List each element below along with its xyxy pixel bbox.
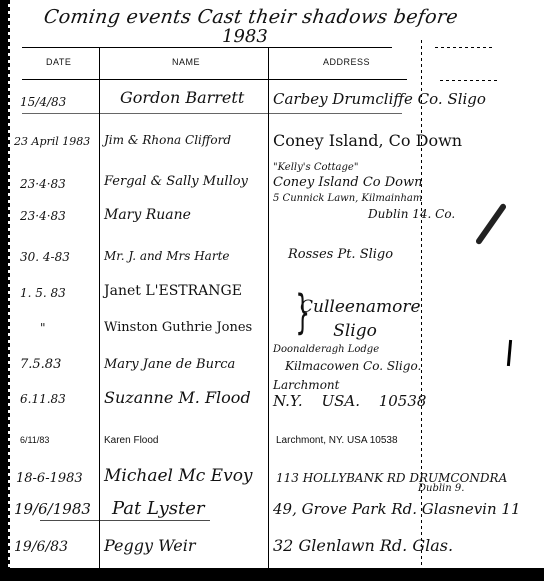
row-date: 19/6/1983	[14, 502, 91, 517]
column-header-address: ADDRESS	[323, 57, 370, 67]
row-date: "	[40, 322, 46, 334]
row-address: 113 HOLLYBANK RD DRUMCONDRA	[276, 472, 507, 484]
row-name: Karen Flood	[104, 436, 158, 446]
table-top-line	[22, 47, 392, 48]
row-date: 23·4·83	[20, 178, 66, 190]
ink-mark	[507, 340, 512, 366]
margin-line	[440, 80, 500, 81]
row-address: Coney Island Co Down	[273, 176, 423, 189]
column-header-name: NAME	[172, 57, 200, 67]
row-date: 1. 5. 83	[20, 287, 66, 299]
column-divider-date-name	[99, 47, 100, 572]
row-address: Larchmont, NY. USA 10538	[276, 436, 398, 446]
row-underline	[22, 113, 402, 114]
row-address: Carbey Drumcliffe Co. Sligo	[273, 92, 486, 107]
row-address-line2: Dublin 9.	[418, 484, 464, 494]
scan-edge-left-dashes	[8, 0, 10, 581]
row-date: 23·4·83	[20, 210, 66, 222]
row-address: Culleenamore Sligo	[300, 295, 410, 343]
row-date: 23 April 1983	[14, 136, 90, 147]
row-address: Dublin 14. Co.	[368, 208, 455, 220]
row-name: Jim & Rhona Clifford	[104, 134, 231, 146]
row-name: Peggy Weir	[104, 538, 196, 554]
row-name: Michael Mc Evoy	[104, 468, 253, 485]
row-address: 49, Grove Park Rd. Glasnevin 11	[273, 502, 521, 517]
row-name: Winston Guthrie Jones	[104, 321, 252, 334]
row-address-line1: 5 Cunnick Lawn, Kilmainham	[273, 194, 422, 204]
row-name: Mary Ruane	[104, 208, 191, 222]
table-header-bottom-line	[22, 79, 407, 80]
row-name: Janet L'ESTRANGE	[104, 284, 242, 298]
margin-line	[435, 47, 495, 48]
column-divider-name-address	[268, 47, 269, 572]
row-name: Mr. J. and Mrs Harte	[104, 250, 230, 262]
row-address-line1: Larchmont	[273, 379, 339, 391]
row-address: Kilmacowen Co. Sligo.	[285, 360, 421, 372]
row-date: 15/4/83	[20, 96, 66, 108]
row-date: 6.11.83	[20, 393, 66, 405]
row-date: 7.5.83	[20, 358, 61, 371]
scan-edge-bottom	[0, 568, 544, 581]
ink-scribble	[475, 203, 507, 246]
row-address: 32 Glenlawn Rd. Glas.	[273, 538, 453, 554]
row-address-line1: Doonalderagh Lodge	[273, 345, 379, 355]
row-underline	[40, 520, 210, 521]
row-date: 18-6-1983	[16, 472, 83, 485]
row-address: Rosses Pt. Sligo	[288, 248, 393, 261]
row-address-line1: "Kelly's Cottage"	[273, 163, 358, 173]
page-heading: Coming events Cast their shadows before	[42, 6, 459, 28]
row-name: Gordon Barrett	[120, 90, 244, 106]
row-name: Mary Jane de Burca	[104, 358, 235, 371]
page-heading-year: 1983	[222, 26, 268, 47]
row-date: 6/11/83	[20, 436, 49, 445]
row-name: Suzanne M. Flood	[104, 390, 251, 406]
row-name: Fergal & Sally Mulloy	[104, 175, 248, 188]
row-address: Coney Island, Co Down	[273, 133, 462, 149]
column-header-date: DATE	[46, 57, 71, 67]
row-date: 19/6/83	[14, 540, 68, 554]
scan-edge-left	[0, 0, 8, 581]
row-name: Pat Lyster	[112, 500, 205, 518]
row-address: N.Y. USA. 10538	[273, 394, 426, 409]
row-date: 30. 4-83	[20, 251, 70, 263]
